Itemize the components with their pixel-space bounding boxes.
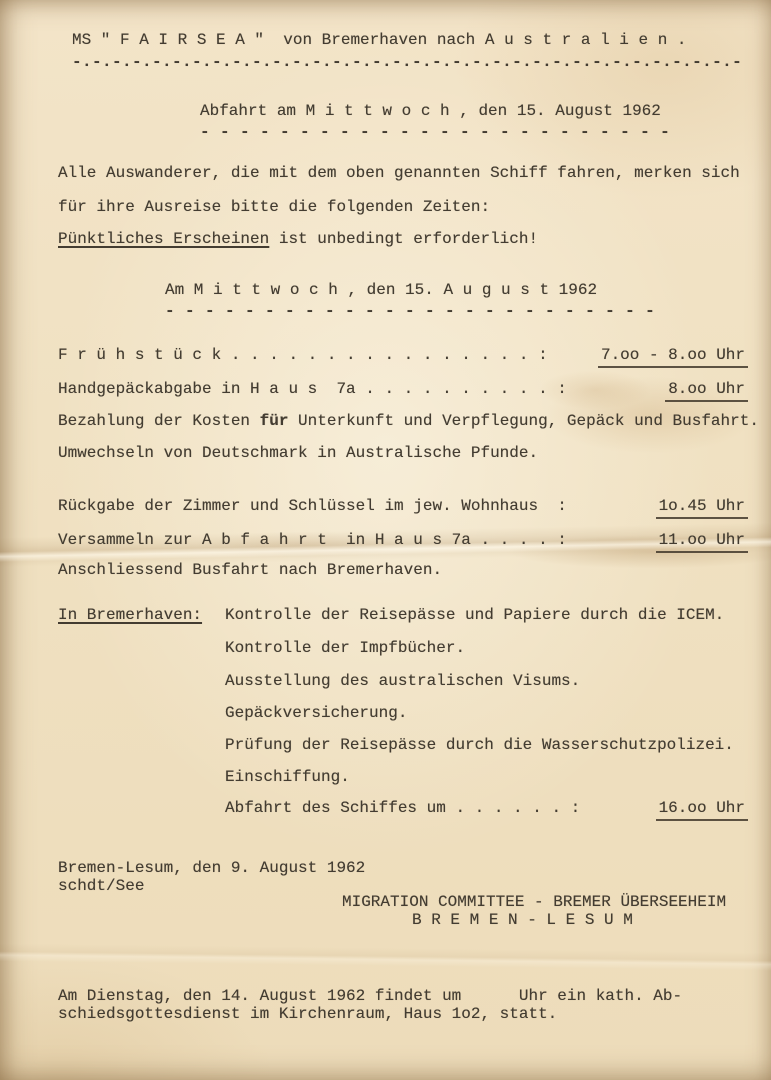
schedule-label: Versammeln zur A b f a h r t in H a u s … xyxy=(58,530,567,550)
footer-place-date: Bremen-Lesum, den 9. August 1962 xyxy=(58,858,365,878)
payment-line: Bezahlung der Kosten für Unterkunft und … xyxy=(58,411,759,431)
intro-line-1: Alle Auswanderer, die mit dem oben genan… xyxy=(58,163,740,183)
schedule-label: Rückgabe der Zimmer und Schlüssel im jew… xyxy=(58,496,567,516)
bremerhaven-item: Gepäckversicherung. xyxy=(225,703,407,723)
bremerhaven-item: Prüfung der Reisepässe durch die Wassers… xyxy=(225,735,734,755)
note-line-1: Am Dienstag, den 14. August 1962 findet … xyxy=(58,986,682,1006)
bremerhaven-heading: In Bremerhaven: xyxy=(58,605,202,625)
schedule-row-breakfast: F r ü h s t ü c k . . . . . . . . . . . … xyxy=(58,345,748,368)
schedule-time: 8.oo Uhr xyxy=(665,379,748,402)
schedule-time: 11.oo Uhr xyxy=(656,530,748,553)
bus-line: Anschliessend Busfahrt nach Bremerhaven. xyxy=(58,560,442,580)
punctuality-line: Pünktliches Erscheinen ist unbedingt erf… xyxy=(58,229,538,249)
payment-emphasis: für xyxy=(260,412,289,430)
day-heading: Am M i t t w o c h , den 15. A u g u s t… xyxy=(165,280,597,300)
departure-subtitle: Abfahrt am M i t t w o c h , den 15. Aug… xyxy=(200,101,661,121)
schedule-label: Handgepäckabgabe in H a u s 7a . . . . .… xyxy=(58,379,567,399)
exchange-line: Umwechseln von Deutschmark in Australisc… xyxy=(58,443,538,463)
schedule-label: Abfahrt des Schiffes um . . . . . . : xyxy=(225,798,580,818)
bremerhaven-item: Kontrolle der Reisepässe und Papiere dur… xyxy=(225,605,724,625)
footer-reference: schdt/See xyxy=(58,876,144,896)
schedule-time: 7.oo - 8.oo Uhr xyxy=(598,345,748,368)
schedule-label: F r ü h s t ü c k . . . . . . . . . . . … xyxy=(58,345,548,365)
intro-line-2: für ihre Ausreise bitte die folgenden Ze… xyxy=(58,197,490,217)
footer-organization-line1: MIGRATION COMMITTEE - BREMER ÜBERSEEHEIM xyxy=(342,892,726,912)
note-line-2: schiedsgottesdienst im Kirchenraum, Haus… xyxy=(58,1004,557,1024)
document-title: MS " F A I R S E A " von Bremerhaven nac… xyxy=(72,30,687,50)
payment-post: Unterkunft und Verpflegung, Gepäck und B… xyxy=(288,412,758,430)
day-heading-rule: - - - - - - - - - - - - - - - - - - - - … xyxy=(165,301,655,321)
subtitle-rule: - - - - - - - - - - - - - - - - - - - - … xyxy=(200,122,670,142)
schedule-time: 1o.45 Uhr xyxy=(656,496,748,519)
bremerhaven-item: Kontrolle der Impfbücher. xyxy=(225,638,465,658)
punctuality-underlined: Pünktliches Erscheinen xyxy=(58,230,269,248)
schedule-row-luggage: Handgepäckabgabe in H a u s 7a . . . . .… xyxy=(58,379,748,402)
schedule-row-room-return: Rückgabe der Zimmer und Schlüssel im jew… xyxy=(58,496,748,519)
bremerhaven-heading-text: In Bremerhaven: xyxy=(58,606,202,624)
paper-crease-bottom xyxy=(0,943,771,971)
footer-organization-line2: B R E M E N - L E S U M xyxy=(412,910,633,930)
bremerhaven-item: Einschiffung. xyxy=(225,767,350,787)
title-rule: -.-.-.-.-.-.-.-.-.-.-.-.-.-.-.-.-.-.-.-.… xyxy=(72,52,742,72)
punctuality-rest: ist unbedingt erforderlich! xyxy=(269,230,538,248)
scanned-document-page: MS " F A I R S E A " von Bremerhaven nac… xyxy=(0,0,771,1080)
schedule-time: 16.oo Uhr xyxy=(656,798,748,821)
schedule-row-assembly: Versammeln zur A b f a h r t in H a u s … xyxy=(58,530,748,553)
bremerhaven-item: Ausstellung des australischen Visums. xyxy=(225,671,580,691)
payment-pre: Bezahlung der Kosten xyxy=(58,412,260,430)
schedule-row-ship-departure: Abfahrt des Schiffes um . . . . . . : 16… xyxy=(225,798,748,821)
